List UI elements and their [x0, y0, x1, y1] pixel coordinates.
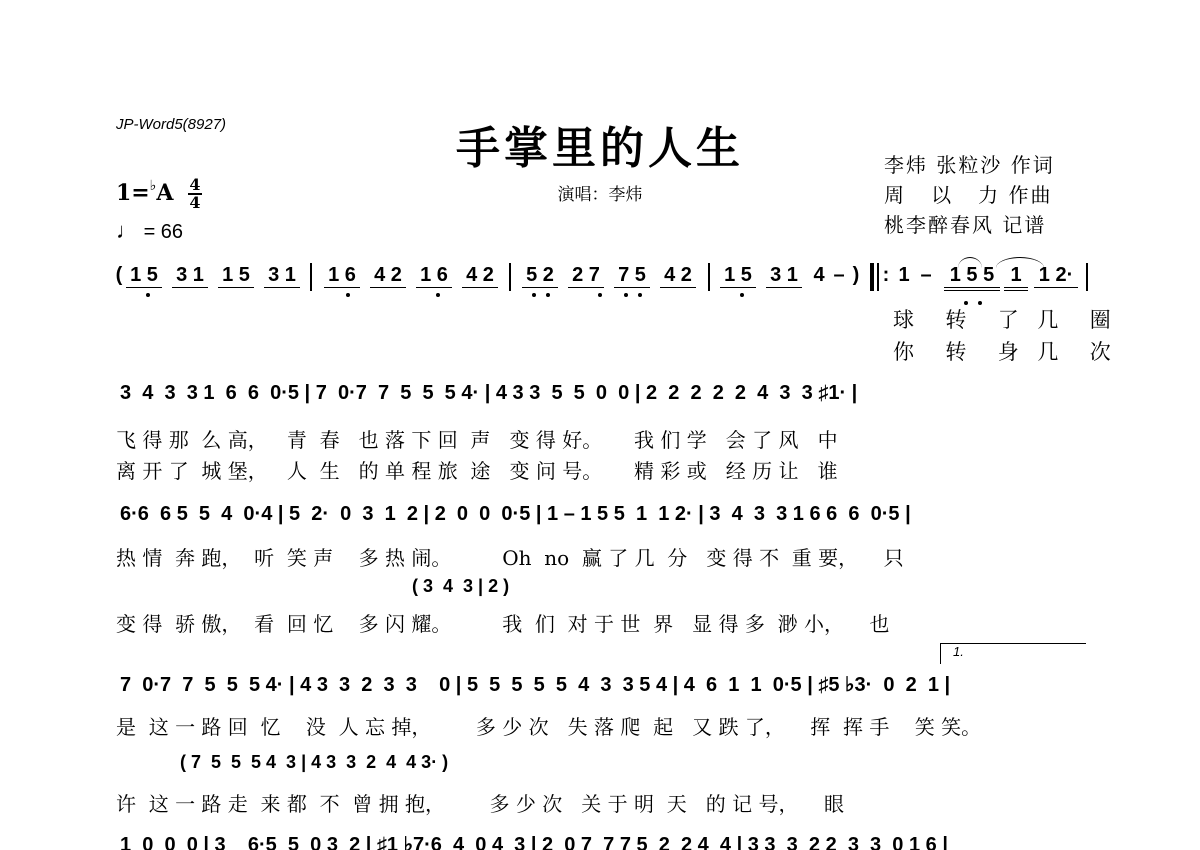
note-group: 3 1 — [172, 263, 208, 288]
note-group: 4 2 — [660, 263, 696, 288]
lyric-line-3-verse-1: 热 情 奔 跑， 听 笑 声 多 热 闹。 Oh no 赢 了 几 分 变 得 … — [116, 542, 904, 571]
note-group: 3 1 — [766, 263, 802, 288]
composer-credit: 周 以 力 作曲 — [884, 180, 1055, 210]
notation-line-3: 6·6 6 5 5 4 0·4 | 5 2· 0 3 1 2 | 2 0 0 0… — [120, 503, 911, 526]
note-group: 1 5 — [218, 263, 254, 288]
bar-line — [708, 263, 710, 291]
alt-notation-line-4: ( 7 5 5 5 4 3 | 4 3 3 2 4 4 3· ) — [180, 752, 448, 773]
note-group: – — [832, 263, 846, 287]
key-note: A — [156, 180, 173, 206]
repeat-start-barline — [870, 263, 874, 291]
tempo-value: = 66 — [144, 221, 183, 243]
note-group: 1 5 — [720, 263, 756, 288]
note-group: 4 2 — [462, 263, 498, 288]
slur — [996, 257, 1044, 268]
transcriber-credit: 桃李醉春风 记谱 — [884, 210, 1055, 240]
note-group: : — [882, 263, 890, 287]
low-octave-dot — [624, 293, 628, 297]
notation-line-5: 1 0 0 0 | 3 6·5 5 0 3 2 | ♯1 ♭7·6 4 0 4 … — [120, 832, 948, 850]
lyric-line-3-verse-2: 变 得 骄 傲， 看 回 忆 多 闪 耀。 我 们 对 于 世 界 显 得 多 … — [116, 608, 889, 637]
lyric-line-4-verse-1: 是 这 一 路 回 忆 没 人 忘 掉， 多 少 次 失 落 爬 起 又 跌 了… — [116, 711, 981, 740]
note-group: 1 6 — [416, 263, 452, 288]
key-signature: 1=♭A — [116, 178, 173, 206]
bar-line — [310, 263, 312, 291]
bar-line — [509, 263, 511, 291]
bar-line — [877, 263, 879, 291]
bar-line — [1086, 263, 1088, 291]
note-group: 1 — [896, 263, 912, 287]
low-octave-dot — [638, 293, 642, 297]
key-prefix: 1= — [116, 180, 150, 206]
slur — [958, 257, 982, 268]
note-group: 7 5 — [614, 263, 650, 288]
low-octave-dot — [598, 293, 602, 297]
low-octave-dot — [436, 293, 440, 297]
note-group: 5 2 — [522, 263, 558, 288]
note-group: 3 1 — [264, 263, 300, 288]
credits: 李炜 张粒沙 作词 周 以 力 作曲 桃李醉春风 记谱 — [884, 150, 1055, 240]
time-denominator: 4 — [189, 196, 200, 210]
low-octave-dot — [546, 293, 550, 297]
lyric-line-2-verse-2: 离 开 了 城 堡， 人 生 的 单 程 旅 途 变 问 号。 精 彩 或 经 … — [116, 455, 838, 484]
lyric-line-1-verse-2: 你 转 身 几 次 — [893, 336, 1117, 366]
note-group: 2 7 — [568, 263, 604, 288]
note-group: 4 2 — [370, 263, 406, 288]
notation-line-2: 3 4 3 3 1 6 6 0·5 | 7 0·7 7 5 5 5 4· | 4… — [120, 382, 857, 405]
note-group: ) — [850, 263, 862, 287]
note-group: – — [918, 263, 934, 287]
tempo-marking: ♩ = 66 — [116, 218, 183, 244]
low-octave-dot — [740, 293, 744, 297]
note-group: 1 5 — [126, 263, 162, 288]
lyricist-credit: 李炜 张粒沙 作词 — [884, 150, 1055, 180]
first-ending-bracket: 1. — [940, 643, 1086, 664]
notation-line-1: (1 53 11 53 11 64 21 64 25 22 77 54 21 5… — [112, 263, 1102, 293]
low-octave-dot — [346, 293, 350, 297]
note-group: 4 — [812, 263, 826, 287]
low-octave-dot — [146, 293, 150, 297]
alt-notation-line-3: ( 3 4 3 | 2 ) — [412, 576, 509, 597]
volta-label: 1. — [953, 644, 964, 659]
notation-line-4: 7 0·7 7 5 5 5 4· | 4 3 3 2 3 3 0 | 5 5 5… — [120, 672, 950, 697]
note-group: ( — [112, 263, 126, 287]
lyric-line-1-verse-1: 球 转 了 几 圈 — [893, 304, 1117, 334]
low-octave-dot — [532, 293, 536, 297]
lyric-line-2-verse-1: 飞 得 那 么 高， 青 春 也 落 下 回 声 变 得 好。 我 们 学 会 … — [116, 424, 838, 453]
quarter-note-icon: ♩ — [116, 218, 138, 244]
time-signature: 4 4 — [188, 178, 202, 210]
lyric-line-4-verse-2: 许 这 一 路 走 来 都 不 曾 拥 抱， 多 少 次 关 于 明 天 的 记… — [116, 788, 844, 817]
time-numerator: 4 — [189, 178, 200, 192]
note-group: 1 6 — [324, 263, 360, 288]
